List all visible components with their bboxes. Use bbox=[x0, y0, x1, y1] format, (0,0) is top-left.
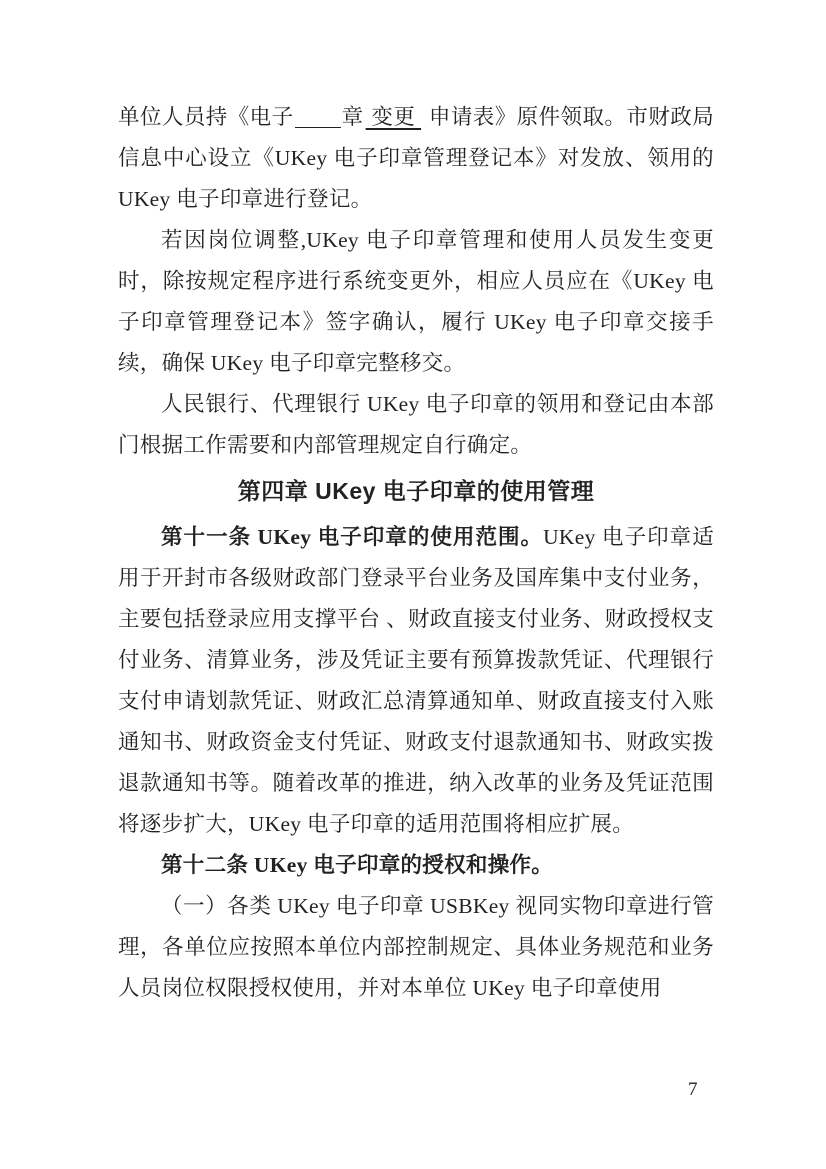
blank-underline bbox=[295, 106, 341, 129]
paragraph-text: 章 bbox=[342, 105, 364, 129]
underlined-text: 变更 bbox=[364, 105, 424, 129]
paragraph: 人民银行、代理银行 UKey 电子印章的领用和登记由本部门根据工作需要和内部管理… bbox=[118, 384, 714, 466]
page-number: 7 bbox=[688, 1078, 698, 1102]
paragraph-article-12: 第十二条 UKey 电子印章的授权和操作。 bbox=[118, 845, 714, 886]
paragraph-item-1: （一）各类 UKey 电子印章 USBKey 视同实物印章进行管理，各单位应按照… bbox=[118, 886, 714, 1009]
paragraph-text: UKey 电子印章适用于开封市各级财政部门登录平台业务及国库集中支付业务，主要包… bbox=[118, 525, 714, 836]
document-body: 单位人员持《电子章 变更 申请表》原件领取。市财政局信息中心设立《UKey 电子… bbox=[118, 97, 714, 1009]
article-title: 第十一条 UKey 电子印章的使用范围。 bbox=[161, 525, 543, 549]
paragraph-continued: 单位人员持《电子章 变更 申请表》原件领取。市财政局信息中心设立《UKey 电子… bbox=[118, 97, 714, 220]
article-title: 第十二条 UKey 电子印章的授权和操作。 bbox=[161, 853, 553, 877]
chapter-heading: 第四章 UKey 电子印章的使用管理 bbox=[118, 471, 714, 512]
paragraph-text: 单位人员持《电子 bbox=[118, 105, 294, 129]
paragraph-article-11: 第十一条 UKey 电子印章的使用范围。UKey 电子印章适用于开封市各级财政部… bbox=[118, 517, 714, 845]
paragraph: 若因岗位调整,UKey 电子印章管理和使用人员发生变更时，除按规定程序进行系统变… bbox=[118, 220, 714, 384]
